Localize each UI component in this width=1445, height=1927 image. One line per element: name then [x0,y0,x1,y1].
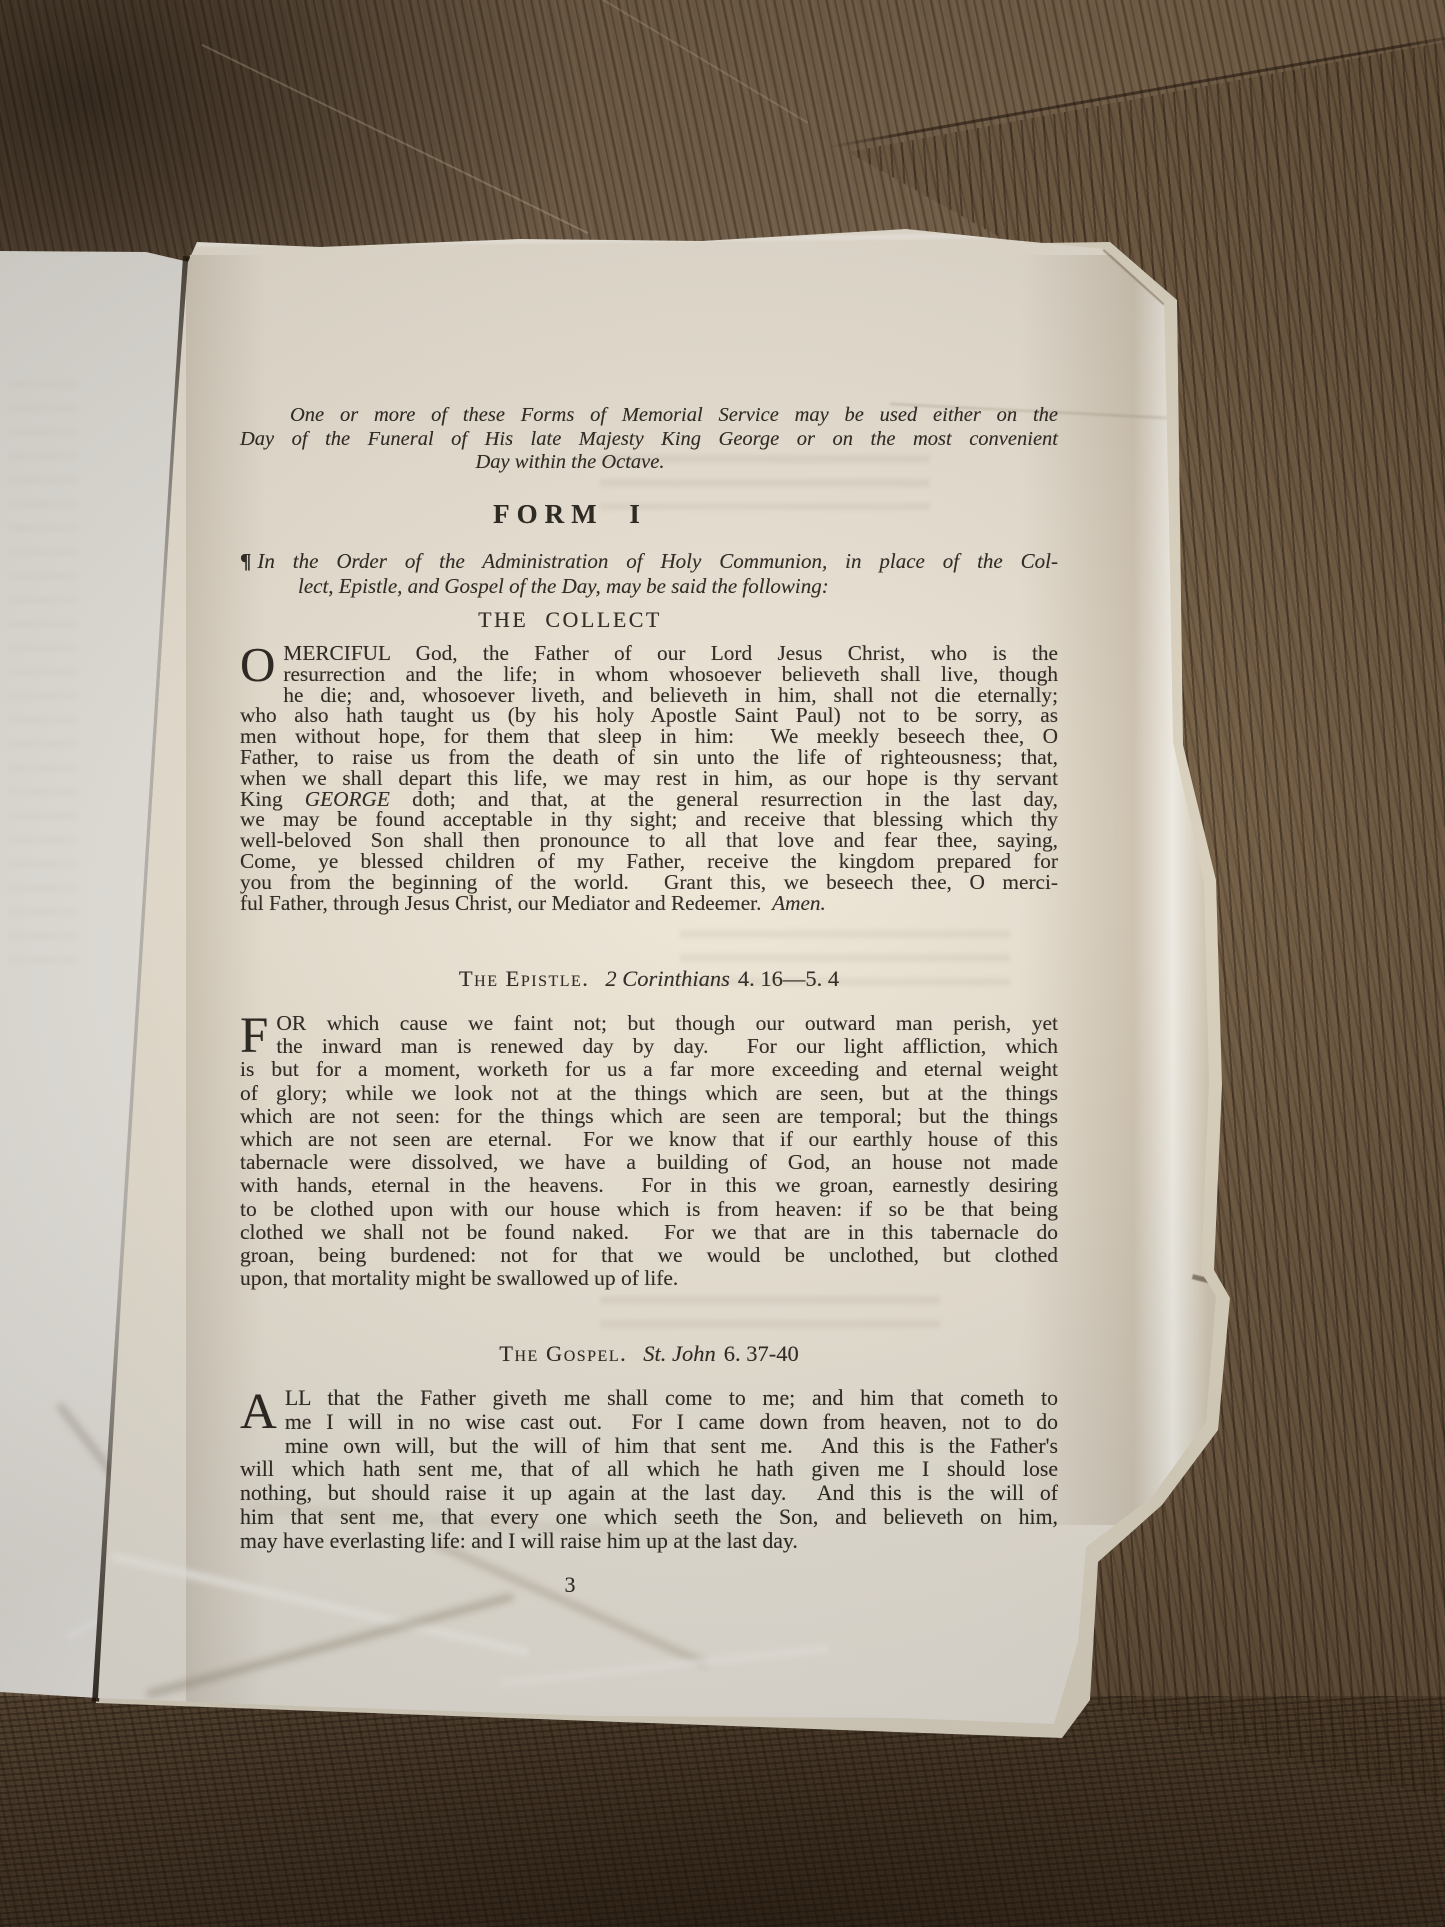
scripture-reference-numbers: 4. 16—5. 4 [738,966,839,991]
text-line: men without hope, for them that sleep in… [240,726,1058,747]
amen-italic: Amen. [772,891,826,915]
form-heading: FORM I [240,499,900,530]
wood-plank-bottom [0,1696,1445,1927]
text-line: upon, that mortality might be swallowed … [240,1267,1058,1290]
pilcrow-mark: ¶ [240,549,257,573]
text-line: ful Father, through Jesus Christ, our Me… [240,893,1058,914]
text-line: of glory; while we look not at the thing… [240,1082,1058,1105]
text-line: One or more of these Forms of Memorial S… [240,404,1058,428]
paper-wrinkle-highlight [500,1645,829,1687]
text-line: when we shall depart this life, we may r… [240,768,1058,789]
text-line: we may be found acceptable in thy sight;… [240,809,1058,830]
drop-cap: F [240,1014,268,1058]
scripture-reference-book: St. John [643,1341,716,1366]
drop-cap: O [240,645,275,685]
gospel-heading: The Gospel.St. John6. 37-40 [240,1341,1058,1367]
drop-cap: A [240,1389,277,1435]
text-line: me I will in no wise cast out. For I cam… [240,1411,1058,1435]
collect-paragraph: O MERCIFUL God, the Father of our Lord J… [240,643,1058,913]
text-line: which are not seen: for the things which… [240,1105,1058,1128]
text-line: tabernacle were dissolved, we have a bui… [240,1151,1058,1174]
text-line: Day of the Funeral of His late Majesty K… [240,428,1058,452]
text-line: OR which cause we faint not; but though … [240,1012,1058,1035]
text-line: he die; and, whosoever liveth, and belie… [240,685,1058,706]
gospel-paragraph: A LL that the Father giveth me shall com… [240,1387,1058,1554]
text-line: groan, being burdened: not for that we w… [240,1244,1058,1267]
text-line: to be clothed upon with our house which … [240,1198,1058,1221]
page-number: 3 [240,1572,900,1598]
collect-heading: THE COLLECT [240,607,900,633]
text-line: mine own will, but the will of him that … [240,1435,1058,1459]
text-line: LL that the Father giveth me shall come … [240,1387,1058,1411]
text-line: clothed we shall not be found naked. For… [240,1221,1058,1244]
text-line: which are not seen are eternal. For we k… [240,1128,1058,1151]
text-line: will which hath sent me, that of all whi… [240,1458,1058,1482]
text-line: with hands, eternal in the heavens. For … [240,1174,1058,1197]
text-line: may have everlasting life: and I will ra… [240,1530,1058,1554]
scripture-reference-book: 2 Corinthians [605,966,729,991]
text-line: you from the beginning of the world. Gra… [240,872,1058,893]
text-line: nothing, but should raise it up again at… [240,1482,1058,1506]
epistle-paragraph: F OR which cause we faint not; but thoug… [240,1012,1058,1290]
text-line: Come, ye blessed children of my Father, … [240,851,1058,872]
showthrough-smudge [8,380,78,980]
text-line: who also hath taught us (by his holy Apo… [240,705,1058,726]
scripture-reference-numbers: 6. 37-40 [724,1341,799,1366]
text-line: ¶In the Order of the Administration of H… [240,549,1058,574]
text-line: Father, to raise us from the death of si… [240,747,1058,768]
order-rubric: ¶In the Order of the Administration of H… [240,549,1058,598]
text-line: resurrection and the life; in whom whoso… [240,664,1058,685]
epistle-heading: The Epistle.2 Corinthians4. 16—5. 4 [240,966,1058,992]
preamble-rubric: One or more of these Forms of Memorial S… [240,404,1058,475]
text-line: is but for a moment, worketh for us a fa… [240,1058,1058,1081]
showthrough-text [600,1296,940,1338]
text-line: MERCIFUL God, the Father of our Lord Jes… [240,643,1058,664]
text-line: Day within the Octave. [240,451,900,475]
text-line: King GEORGE doth; and that, at the gener… [240,789,1058,810]
text-line: the inward man is renewed day by day. Fo… [240,1035,1058,1058]
text-line: well-beloved Son shall then pronounce to… [240,830,1058,851]
text-line: him that sent me, that every one which s… [240,1506,1058,1530]
text-line: lect, Epistle, and Gospel of the Day, ma… [298,574,1058,599]
